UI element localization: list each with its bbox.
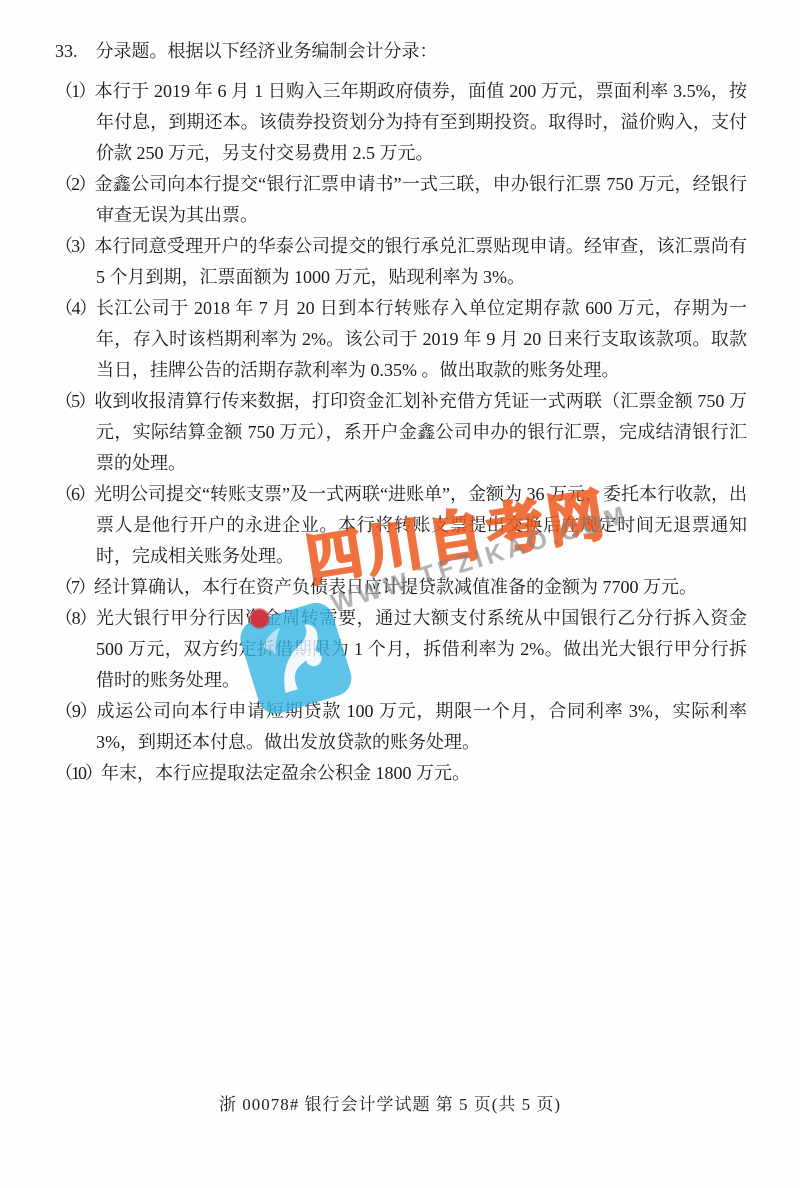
question-item: （3）本行同意受理开户的华泰公司提交的银行承兑汇票贴现申请。经审查，该汇票尚有 … <box>55 231 747 293</box>
question-item: （4）长江公司于 2018 年 7 月 20 日到本行转账存入单位定期存款 60… <box>55 293 747 386</box>
item-number: （5） <box>55 391 94 411</box>
question-item: （10）年末，本行应提取法定盈余公积金 1800 万元。 <box>55 758 747 789</box>
question-item: （2）金鑫公司向本行提交“银行汇票申请书”一式三联，申办银行汇票 750 万元，… <box>55 169 747 231</box>
item-number: （9） <box>55 701 96 721</box>
question-item: （5）收到收报清算行传来数据，打印资金汇划补充借方凭证一式两联（汇票金额 750… <box>55 386 747 479</box>
question-item: （9）成运公司向本行申请短期贷款 100 万元，期限一个月，合同利率 3%，实际… <box>55 696 747 758</box>
item-text: 年末，本行应提取法定盈余公积金 1800 万元。 <box>101 763 470 783</box>
question-items: （1）本行于 2019 年 6 月 1 日购入三年期政府债券，面值 200 万元… <box>55 76 747 789</box>
question-title: 33. 分录题。根据以下经济业务编制会计分录： <box>55 36 747 67</box>
item-number: （8） <box>55 608 96 628</box>
question-item: （8）光大银行甲分行因资金周转需要，通过大额支付系统从中国银行乙分行拆入资金 5… <box>55 603 747 696</box>
question-item: （1）本行于 2019 年 6 月 1 日购入三年期政府债券，面值 200 万元… <box>55 76 747 169</box>
item-text: 金鑫公司向本行提交“银行汇票申请书”一式三联，申办银行汇票 750 万元，经银行… <box>95 174 747 225</box>
item-number: （4） <box>55 298 96 318</box>
exam-scan-page: 33. 分录题。根据以下经济业务编制会计分录： （1）本行于 2019 年 6 … <box>0 0 800 1188</box>
item-text: 经计算确认，本行在资产负债表日应计提贷款减值准备的金额为 7700 万元。 <box>94 577 697 597</box>
item-text: 本行同意受理开户的华泰公司提交的银行承兑汇票贴现申请。经审查，该汇票尚有 5 个… <box>94 236 747 287</box>
question-item: （6）光明公司提交“转账支票”及一式两联“进账单”，金额为 36 万元，委托本行… <box>55 479 747 572</box>
item-number: （3） <box>55 236 94 256</box>
item-number: （7） <box>55 577 94 597</box>
item-number: （2） <box>55 174 95 194</box>
item-text: 成运公司向本行申请短期贷款 100 万元，期限一个月，合同利率 3%，实际利率 … <box>96 701 747 752</box>
item-text: 长江公司于 2018 年 7 月 20 日到本行转账存入单位定期存款 600 万… <box>96 298 747 380</box>
item-number: （1） <box>55 81 95 101</box>
item-text: 本行于 2019 年 6 月 1 日购入三年期政府债券，面值 200 万元，票面… <box>95 81 747 163</box>
item-text: 光明公司提交“转账支票”及一式两联“进账单”，金额为 36 万元，委托本行收款，… <box>94 484 747 566</box>
question-item: （7）经计算确认，本行在资产负债表日应计提贷款减值准备的金额为 7700 万元。 <box>55 572 747 603</box>
question-block: 33. 分录题。根据以下经济业务编制会计分录： （1）本行于 2019 年 6 … <box>55 36 747 789</box>
item-text: 光大银行甲分行因资金周转需要，通过大额支付系统从中国银行乙分行拆入资金 500 … <box>96 608 747 690</box>
page-footer: 浙 00078# 银行会计学试题 第 5 页(共 5 页) <box>0 1090 780 1115</box>
item-text: 收到收报清算行传来数据，打印资金汇划补充借方凭证一式两联（汇票金额 750 万元… <box>94 391 747 473</box>
item-number: （10） <box>55 763 101 783</box>
item-number: （6） <box>55 484 94 504</box>
